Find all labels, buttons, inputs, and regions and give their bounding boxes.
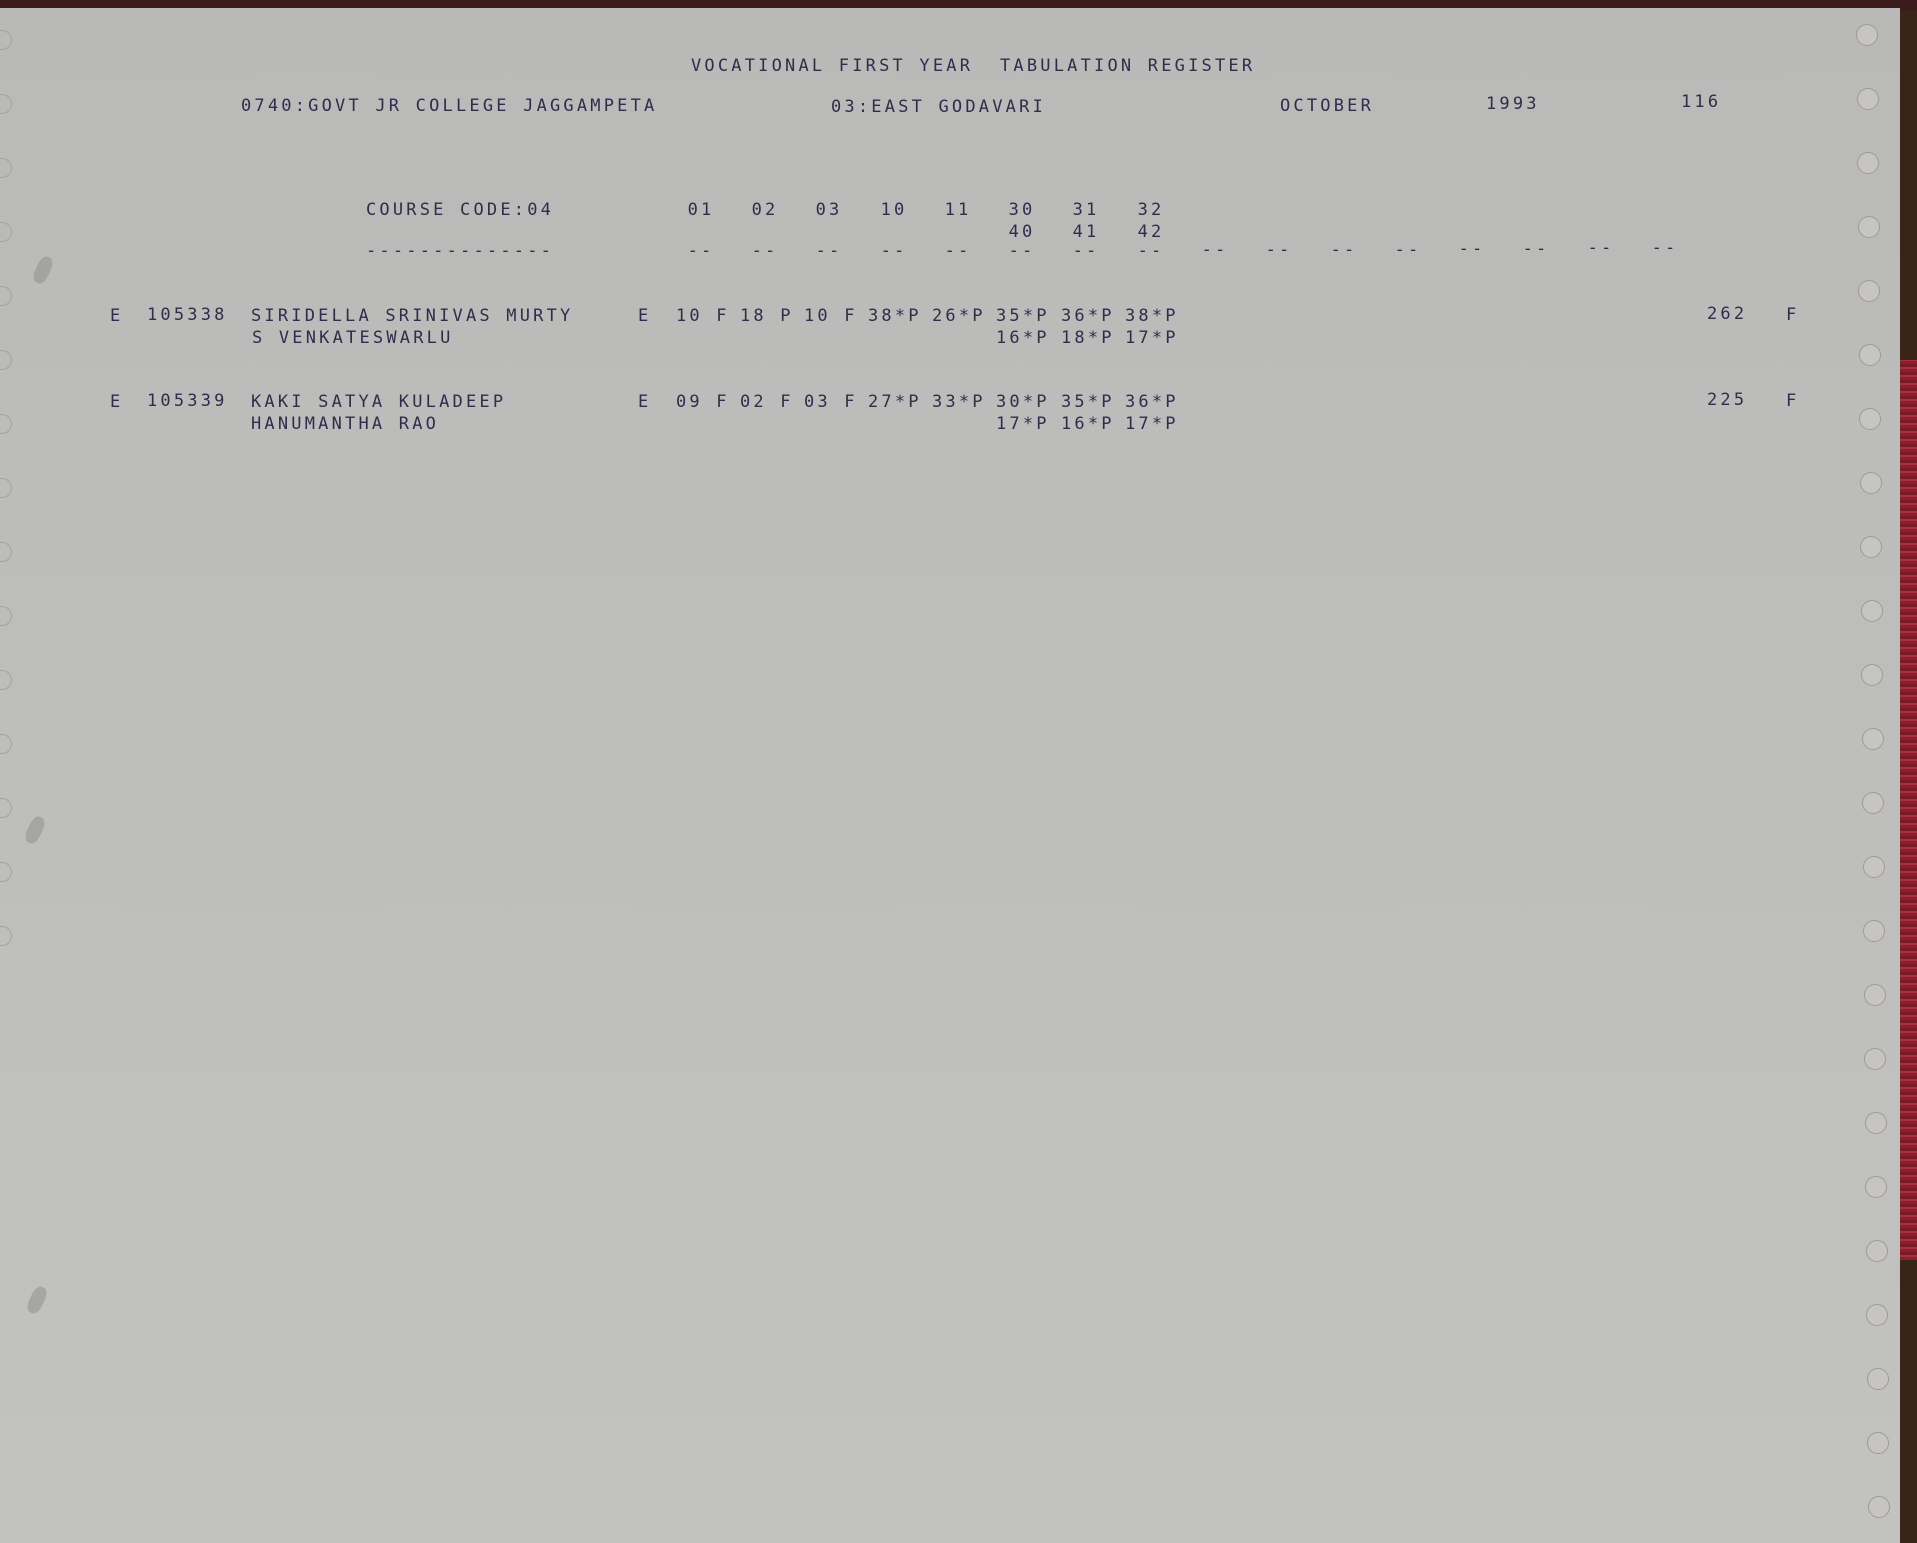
subject-mark: 35*P <box>1061 392 1115 412</box>
student-category: E <box>110 392 123 412</box>
medium: E <box>638 392 651 412</box>
torn-mark <box>31 254 56 285</box>
left-hole-icon <box>0 478 12 498</box>
left-hole-icon <box>0 734 12 754</box>
column-separator: -- <box>1314 240 1374 260</box>
left-hole-icon <box>0 542 12 562</box>
column-separator: -- <box>1249 240 1309 260</box>
subject-mark-alt: 17*P <box>1125 414 1179 434</box>
subject-mark-alt: 16*P <box>996 328 1050 348</box>
column-separator: -- <box>992 241 1052 261</box>
column-separator: -- <box>1571 238 1631 258</box>
subject-mark-alt: 16*P <box>1061 414 1115 434</box>
right-hole-icon <box>1864 1048 1886 1070</box>
left-hole-icon <box>0 926 12 946</box>
subject-mark: 26*P <box>932 306 986 326</box>
right-hole-icon <box>1868 1496 1890 1518</box>
right-hole-icon <box>1865 1176 1887 1198</box>
subject-mark: 10 F <box>676 306 730 326</box>
column-separator: -- <box>799 241 859 261</box>
binder-edge <box>1900 360 1917 1260</box>
subject-mark-alt: 18*P <box>1061 328 1115 348</box>
subject-code-alt: 40 <box>992 222 1052 242</box>
torn-mark <box>25 1284 50 1315</box>
report-title: VOCATIONAL FIRST YEAR TABULATION REGISTE… <box>691 56 1255 76</box>
right-hole-icon <box>1864 984 1886 1006</box>
subject-code: 31 <box>1056 200 1116 220</box>
total-marks: 225 <box>1707 390 1747 410</box>
medium: E <box>638 306 651 326</box>
exam-year: 1993 <box>1486 94 1540 114</box>
column-separator: -- <box>671 241 731 261</box>
column-separator: -- <box>1635 238 1695 258</box>
subject-code: 02 <box>735 200 795 220</box>
right-hole-icon <box>1863 920 1885 942</box>
left-hole-icon <box>0 798 12 818</box>
right-hole-icon <box>1862 792 1884 814</box>
subject-code: 10 <box>864 200 924 220</box>
subject-mark: 33*P <box>932 392 986 412</box>
right-hole-icon <box>1863 856 1885 878</box>
father-name: HANUMANTHA RAO <box>251 414 439 434</box>
right-hole-icon <box>1860 472 1882 494</box>
right-hole-icon <box>1865 1112 1887 1134</box>
course-code-label: COURSE CODE:04 <box>366 200 554 220</box>
torn-mark <box>23 814 48 845</box>
right-hole-icon <box>1867 1368 1889 1390</box>
exam-month: OCTOBER <box>1280 96 1374 116</box>
subject-mark: 38*P <box>868 306 922 326</box>
left-hole-icon <box>0 350 12 370</box>
column-separator: -- <box>1378 240 1438 260</box>
left-hole-icon <box>0 30 12 50</box>
subject-code-alt: 42 <box>1121 222 1181 242</box>
column-separator: -- <box>1185 240 1245 260</box>
column-separator: -- <box>1506 239 1566 259</box>
hall-ticket-number: 105339 <box>147 391 228 411</box>
right-hole-icon <box>1859 408 1881 430</box>
column-separator: -- <box>864 241 924 261</box>
subject-mark: 02 F <box>740 392 794 412</box>
right-hole-icon <box>1861 600 1883 622</box>
district-name: 03:EAST GODAVARI <box>831 97 1046 117</box>
column-separator: -- <box>1121 241 1181 261</box>
subject-code-alt: 41 <box>1056 222 1116 242</box>
right-hole-icon <box>1866 1240 1888 1262</box>
right-hole-icon <box>1860 536 1882 558</box>
student-category: E <box>110 306 123 326</box>
hall-ticket-number: 105338 <box>147 305 228 325</box>
right-hole-icon <box>1861 664 1883 686</box>
student-name: SIRIDELLA SRINIVAS MURTY <box>251 306 573 326</box>
column-separator: -- <box>1056 241 1116 261</box>
subject-mark: 30*P <box>996 392 1050 412</box>
father-name: S VENKATESWARLU <box>252 328 454 348</box>
left-hole-icon <box>0 414 12 434</box>
right-hole-icon <box>1858 280 1880 302</box>
subject-code: 11 <box>928 200 988 220</box>
right-hole-icon <box>1859 344 1881 366</box>
subject-mark-alt: 17*P <box>1125 328 1179 348</box>
column-separator: -- <box>735 241 795 261</box>
right-hole-icon <box>1856 24 1878 46</box>
subject-mark: 03 F <box>804 392 858 412</box>
page-number: 116 <box>1681 92 1721 112</box>
college-name: 0740:GOVT JR COLLEGE JAGGAMPETA <box>241 96 657 116</box>
subject-code: 01 <box>671 200 731 220</box>
result: F <box>1786 305 1799 325</box>
subject-mark: 09 F <box>676 392 730 412</box>
subject-mark: 36*P <box>1061 306 1115 326</box>
subject-mark: 35*P <box>996 306 1050 326</box>
student-name: KAKI SATYA KULADEEP <box>251 392 506 412</box>
left-hole-icon <box>0 670 12 690</box>
right-hole-icon <box>1866 1304 1888 1326</box>
subject-mark: 36*P <box>1125 392 1179 412</box>
course-code-underline: -------------- <box>366 241 554 261</box>
right-hole-icon <box>1857 88 1879 110</box>
subject-code: 30 <box>992 200 1052 220</box>
left-hole-icon <box>0 94 12 114</box>
subject-mark: 10 F <box>804 306 858 326</box>
column-separator: -- <box>928 241 988 261</box>
subject-mark: 27*P <box>868 392 922 412</box>
subject-code: 32 <box>1121 200 1181 220</box>
column-separator: -- <box>1442 239 1502 259</box>
left-hole-icon <box>0 222 12 242</box>
right-hole-icon <box>1862 728 1884 750</box>
left-hole-icon <box>0 286 12 306</box>
subject-mark-alt: 17*P <box>996 414 1050 434</box>
subject-mark: 38*P <box>1125 306 1179 326</box>
result: F <box>1786 391 1799 411</box>
right-hole-icon <box>1857 152 1879 174</box>
left-hole-icon <box>0 158 12 178</box>
total-marks: 262 <box>1707 304 1747 324</box>
right-hole-icon <box>1858 216 1880 238</box>
left-hole-icon <box>0 862 12 882</box>
right-hole-icon <box>1867 1432 1889 1454</box>
subject-code: 03 <box>799 200 859 220</box>
left-hole-icon <box>0 606 12 626</box>
subject-mark: 18 P <box>740 306 794 326</box>
